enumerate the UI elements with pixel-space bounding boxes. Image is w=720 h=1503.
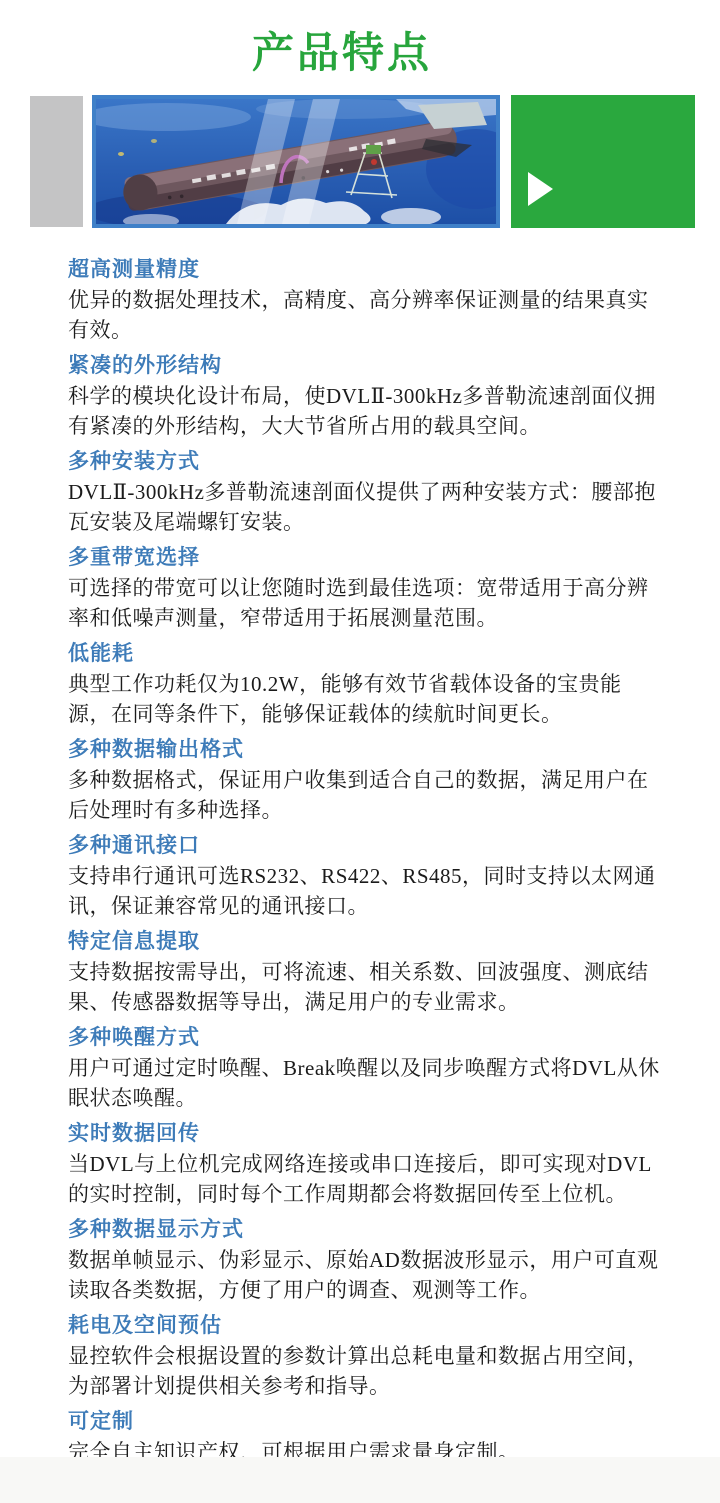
feature-heading: 多种唤醒方式	[68, 1025, 660, 1049]
feature-heading: 耗电及空间预估	[68, 1313, 660, 1337]
feature-section: 特定信息提取支持数据按需导出，可将流速、相关系数、回波强度、测底结果、传感器数据…	[68, 929, 660, 1017]
play-icon	[528, 172, 553, 206]
feature-heading: 超高测量精度	[68, 257, 660, 281]
feature-section: 实时数据回传当DVL与上位机完成网络连接或串口连接后，即可实现对DVL的实时控制…	[68, 1121, 660, 1209]
feature-body: 支持数据按需导出，可将流速、相关系数、回波强度、测底结果、传感器数据等导出，满足…	[68, 957, 660, 1017]
footer-band	[0, 1457, 720, 1503]
feature-section: 紧凑的外形结构科学的模块化设计布局，使DVLⅡ-300kHz多普勒流速剖面仪拥有…	[68, 353, 660, 441]
feature-section: 低能耗典型工作功耗仅为10.2W，能够有效节省载体设备的宝贵能源，在同等条件下，…	[68, 641, 660, 729]
feature-heading: 多重带宽选择	[68, 545, 660, 569]
media-carousel	[0, 95, 720, 228]
feature-section: 多重带宽选择可选择的带宽可以让您随时选到最佳选项：宽带适用于高分辨率和低噪声测量…	[68, 545, 660, 633]
feature-body: 数据单帧显示、伪彩显示、原始AD数据波形显示，用户可直观读取各类数据，方便了用户…	[68, 1245, 660, 1305]
feature-body: 显控软件会根据设置的参数计算出总耗电量和数据占用空间，为部署计划提供相关参考和指…	[68, 1341, 660, 1401]
feature-section: 多种通讯接口支持串行通讯可选RS232、RS422、RS485，同时支持以太网通…	[68, 833, 660, 921]
feature-list: 超高测量精度优异的数据处理技术，高精度、高分辨率保证测量的结果真实有效。 紧凑的…	[0, 228, 720, 1467]
feature-heading: 实时数据回传	[68, 1121, 660, 1145]
feature-section: 耗电及空间预估显控软件会根据设置的参数计算出总耗电量和数据占用空间，为部署计划提…	[68, 1313, 660, 1401]
feature-body: 科学的模块化设计布局，使DVLⅡ-300kHz多普勒流速剖面仪拥有紧凑的外形结构…	[68, 381, 660, 441]
feature-body: 典型工作功耗仅为10.2W，能够有效节省载体设备的宝贵能源，在同等条件下，能够保…	[68, 669, 660, 729]
feature-section: 多种数据输出格式多种数据格式，保证用户收集到适合自己的数据，满足用户在后处理时有…	[68, 737, 660, 825]
product-photo	[92, 95, 500, 228]
feature-heading: 低能耗	[68, 641, 660, 665]
feature-body: 用户可通过定时唤醒、Break唤醒以及同步唤醒方式将DVL从休眠状态唤醒。	[68, 1053, 660, 1113]
feature-section: 多种数据显示方式数据单帧显示、伪彩显示、原始AD数据波形显示，用户可直观读取各类…	[68, 1217, 660, 1305]
feature-body: 优异的数据处理技术，高精度、高分辨率保证测量的结果真实有效。	[68, 285, 660, 345]
feature-body: 支持串行通讯可选RS232、RS422、RS485，同时支持以太网通讯，保证兼容…	[68, 861, 660, 921]
feature-body: 当DVL与上位机完成网络连接或串口连接后，即可实现对DVL的实时控制，同时每个工…	[68, 1149, 660, 1209]
feature-body: DVLⅡ-300kHz多普勒流速剖面仪提供了两种安装方式：腰部抱瓦安装及尾端螺钉…	[68, 477, 660, 537]
feature-heading: 多种通讯接口	[68, 833, 660, 857]
feature-heading: 多种数据输出格式	[68, 737, 660, 761]
play-button[interactable]	[511, 95, 695, 228]
feature-body: 多种数据格式，保证用户收集到适合自己的数据，满足用户在后处理时有多种选择。	[68, 765, 660, 825]
feature-body: 可选择的带宽可以让您随时选到最佳选项：宽带适用于高分辨率和低噪声测量，窄带适用于…	[68, 573, 660, 633]
feature-section: 超高测量精度优异的数据处理技术，高精度、高分辨率保证测量的结果真实有效。	[68, 257, 660, 345]
page-title: 产品特点	[0, 0, 702, 75]
feature-heading: 可定制	[68, 1409, 660, 1433]
feature-section: 多种安装方式DVLⅡ-300kHz多普勒流速剖面仪提供了两种安装方式：腰部抱瓦安…	[68, 449, 660, 537]
feature-heading: 多种数据显示方式	[68, 1217, 660, 1241]
carousel-prev-thumbnail[interactable]	[30, 96, 83, 227]
feature-heading: 多种安装方式	[68, 449, 660, 473]
product-photo-illustration	[96, 99, 496, 224]
feature-section: 多种唤醒方式用户可通过定时唤醒、Break唤醒以及同步唤醒方式将DVL从休眠状态…	[68, 1025, 660, 1113]
sensor-pod	[366, 145, 381, 154]
feature-heading: 紧凑的外形结构	[68, 353, 660, 377]
feature-heading: 特定信息提取	[68, 929, 660, 953]
